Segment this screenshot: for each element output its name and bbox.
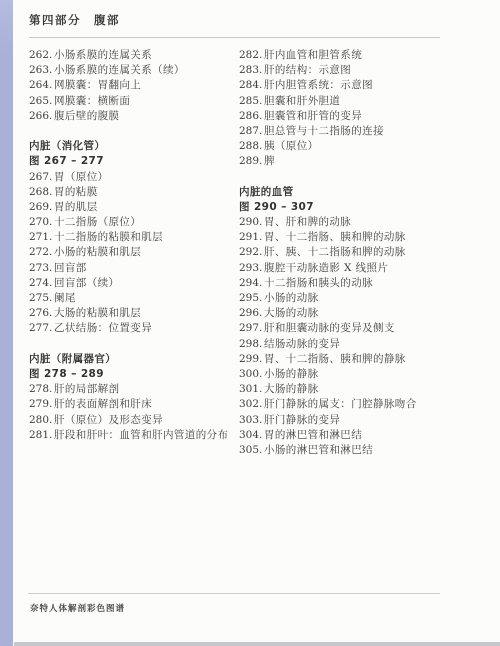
entry-number: 268. [29, 185, 54, 200]
entry-title: 腹腔干动脉造影 X 线照片 [264, 261, 388, 276]
toc-entry: 300.小肠的静脉 [239, 367, 489, 382]
entry-title: 腹后壁的腹膜 [54, 109, 119, 124]
blank-line [239, 170, 489, 185]
entry-number: 267. [29, 170, 54, 185]
entry-title: 网膜囊：胃翻向上 [54, 78, 141, 93]
toc-entry: 275.阑尾 [29, 291, 239, 306]
toc-entry: 297.肝和胆囊动脉的变异及侧支 [239, 321, 489, 336]
toc-entry: 302.肝门静脉的属支：门腔静脉吻合 [239, 397, 489, 412]
book-page: 第四部分 腹部 262.小肠系膜的连属关系263.小肠系膜的连属关系（续）264… [0, 0, 500, 646]
entry-title: 网膜囊：横断面 [54, 94, 130, 109]
entry-number: 304. [239, 428, 264, 443]
entry-title: 肝内胆管系统：示意图 [264, 78, 373, 93]
entry-title: 十二指肠和胰头的动脉 [264, 276, 373, 291]
entry-title: 小肠系膜的连属关系 [54, 48, 152, 63]
toc-entry: 283.肝的结构：示意图 [239, 63, 489, 78]
blank-line [29, 337, 239, 352]
toc-entry: 267.胃（原位） [29, 170, 239, 185]
entry-title: 肝门静脉的属支：门腔静脉吻合 [264, 397, 417, 412]
entry-title: 胰（原位） [264, 139, 319, 154]
entry-number: 285. [239, 94, 264, 109]
toc-entry: 288.胰（原位） [239, 139, 489, 154]
toc-entry: 282.肝内血管和胆管系统 [239, 48, 489, 63]
entry-number: 284. [239, 78, 264, 93]
entry-number: 289. [239, 154, 264, 169]
entry-title: 小肠的粘膜和肌层 [54, 245, 141, 260]
toc-entry: 262.小肠系膜的连属关系 [29, 48, 239, 63]
entry-number: 302. [239, 397, 264, 412]
entry-number: 277. [29, 321, 54, 336]
entry-number: 287. [239, 124, 264, 139]
entry-number: 301. [239, 382, 264, 397]
toc-entry: 298.结肠动脉的变异 [239, 337, 489, 352]
entry-number: 305. [239, 443, 264, 458]
toc-entry: 296.大肠的动脉 [239, 306, 489, 321]
entry-title: 结肠动脉的变异 [264, 337, 340, 352]
toc-entry: 265.网膜囊：横断面 [29, 94, 239, 109]
toc-entry: 271.十二指肠的粘膜和肌层 [29, 230, 239, 245]
entry-title: 胃的粘膜 [54, 185, 98, 200]
figure-range: 图 278 – 289 [29, 367, 239, 382]
toc-entry: 263.小肠系膜的连属关系（续） [29, 63, 239, 78]
entry-title: 肝内血管和胆管系统 [264, 48, 362, 63]
header-divider [29, 37, 440, 38]
entry-title: 肝和胆囊动脉的变异及侧支 [264, 321, 395, 336]
entry-number: 263. [29, 63, 54, 78]
entry-title: 乙状结肠：位置变异 [54, 321, 152, 336]
entry-number: 272. [29, 245, 54, 260]
entry-title: 胃、肝和脾的动脉 [264, 215, 351, 230]
toc-entry: 301.大肠的静脉 [239, 382, 489, 397]
toc-entry: 293.腹腔干动脉造影 X 线照片 [239, 261, 489, 276]
entry-title: 胃、十二指肠、胰和脾的静脉 [264, 352, 406, 367]
entry-number: 269. [29, 200, 54, 215]
toc-entry: 286.胆囊管和肝管的变异 [239, 109, 489, 124]
toc-entry: 294.十二指肠和胰头的动脉 [239, 276, 489, 291]
entry-number: 283. [239, 63, 264, 78]
toc-entry: 269.胃的肌层 [29, 200, 239, 215]
entry-number: 275. [29, 291, 54, 306]
section-subheading: 内脏的血管 [239, 185, 489, 200]
entry-title: 肝的局部解剖 [54, 382, 119, 397]
entry-title: 胃（原位） [54, 170, 109, 185]
blank-line [29, 124, 239, 139]
entry-number: 270. [29, 215, 54, 230]
entry-title: 小肠的动脉 [264, 291, 319, 306]
entry-title: 大肠的动脉 [264, 306, 319, 321]
running-footer: 奈特人体解剖彩色图谱 [30, 602, 125, 614]
toc-column-right: 282.肝内血管和胆管系统283.肝的结构：示意图284.肝内胆管系统：示意图2… [239, 48, 489, 458]
entry-title: 肝、胰、十二指肠和脾的动脉 [264, 245, 406, 260]
entry-title: 肝门静脉的变异 [264, 413, 340, 428]
toc-entry: 273.回盲部 [29, 261, 239, 276]
entry-number: 294. [239, 276, 264, 291]
toc-entry: 274.回盲部（续） [29, 276, 239, 291]
entry-title: 小肠系膜的连属关系（续） [54, 63, 185, 78]
entry-number: 290. [239, 215, 264, 230]
entry-title: 大肠的粘膜和肌层 [54, 306, 141, 321]
entry-number: 288. [239, 139, 264, 154]
entry-title: 肝段和肝叶：血管和肝内管道的分布 [54, 428, 228, 443]
entry-number: 273. [29, 261, 54, 276]
toc-entry: 303.肝门静脉的变异 [239, 413, 489, 428]
entry-title: 回盲部（续） [54, 276, 119, 291]
entry-number: 303. [239, 413, 264, 428]
toc-entry: 304.胃的淋巴管和淋巴结 [239, 428, 489, 443]
entry-number: 274. [29, 276, 54, 291]
footer-divider [28, 593, 440, 594]
toc-entry: 284.肝内胆管系统：示意图 [239, 78, 489, 93]
toc-entry: 285.胆囊和肝外胆道 [239, 94, 489, 109]
toc-entry: 295.小肠的动脉 [239, 291, 489, 306]
entry-title: 脾 [264, 154, 275, 169]
entry-title: 胃的淋巴管和淋巴结 [264, 428, 362, 443]
toc-entry: 270.十二指肠（原位） [29, 215, 239, 230]
entry-title: 胃、十二指肠、胰和脾的动脉 [264, 230, 406, 245]
page-bottom-edge [14, 642, 500, 646]
figure-range: 图 267 – 277 [29, 154, 239, 169]
entry-number: 264. [29, 78, 54, 93]
toc-entry: 299.胃、十二指肠、胰和脾的静脉 [239, 352, 489, 367]
entry-title: 十二指肠（原位） [54, 215, 141, 230]
entry-title: 胆囊和肝外胆道 [264, 94, 340, 109]
entry-number: 298. [239, 337, 264, 352]
entry-number: 291. [239, 230, 264, 245]
entry-title: 肝的结构：示意图 [264, 63, 351, 78]
toc-entry: 279.肝的表面解剖和肝床 [29, 397, 239, 412]
entry-number: 295. [239, 291, 264, 306]
entry-title: 回盲部 [54, 261, 87, 276]
toc-entry: 292.肝、胰、十二指肠和脾的动脉 [239, 245, 489, 260]
entry-title: 小肠的淋巴管和淋巴结 [264, 443, 373, 458]
entry-number: 262. [29, 48, 54, 63]
toc-entry: 290.胃、肝和脾的动脉 [239, 215, 489, 230]
toc-entry: 291.胃、十二指肠、胰和脾的动脉 [239, 230, 489, 245]
entry-title: 小肠的静脉 [264, 367, 319, 382]
entry-number: 281. [29, 428, 54, 443]
entry-title: 胃的肌层 [54, 200, 98, 215]
toc-entry: 289.脾 [239, 154, 489, 169]
entry-title: 肝（原位）及形态变异 [54, 413, 163, 428]
toc-column-left: 262.小肠系膜的连属关系263.小肠系膜的连属关系（续）264.网膜囊：胃翻向… [29, 48, 239, 443]
entry-number: 280. [29, 413, 54, 428]
entry-title: 十二指肠的粘膜和肌层 [54, 230, 163, 245]
toc-entry: 305.小肠的淋巴管和淋巴结 [239, 443, 489, 458]
entry-number: 300. [239, 367, 264, 382]
toc-entry: 268.胃的粘膜 [29, 185, 239, 200]
entry-number: 282. [239, 48, 264, 63]
entry-title: 胆总管与十二指肠的连接 [264, 124, 384, 139]
toc-entry: 277.乙状结肠：位置变异 [29, 321, 239, 336]
entry-title: 阑尾 [54, 291, 76, 306]
entry-number: 265. [29, 94, 54, 109]
entry-number: 297. [239, 321, 264, 336]
toc-entry: 278.肝的局部解剖 [29, 382, 239, 397]
left-accent-bar [0, 0, 13, 646]
toc-entry: 266.腹后壁的腹膜 [29, 109, 239, 124]
toc-entry: 287.胆总管与十二指肠的连接 [239, 124, 489, 139]
entry-number: 296. [239, 306, 264, 321]
figure-range: 图 290 – 307 [239, 200, 489, 215]
toc-entry: 276.大肠的粘膜和肌层 [29, 306, 239, 321]
entry-title: 胆囊管和肝管的变异 [264, 109, 362, 124]
entry-number: 271. [29, 230, 54, 245]
entry-number: 286. [239, 109, 264, 124]
toc-entry: 281.肝段和肝叶：血管和肝内管道的分布 [29, 428, 239, 443]
toc-entry: 264.网膜囊：胃翻向上 [29, 78, 239, 93]
toc-entry: 272.小肠的粘膜和肌层 [29, 245, 239, 260]
entry-number: 299. [239, 352, 264, 367]
entry-number: 293. [239, 261, 264, 276]
entry-number: 279. [29, 397, 54, 412]
entry-title: 大肠的静脉 [264, 382, 319, 397]
table-of-contents: 262.小肠系膜的连属关系263.小肠系膜的连属关系（续）264.网膜囊：胃翻向… [29, 48, 489, 458]
section-header: 第四部分 腹部 [29, 12, 120, 28]
entry-number: 266. [29, 109, 54, 124]
entry-title: 肝的表面解剖和肝床 [54, 397, 152, 412]
entry-number: 292. [239, 245, 264, 260]
entry-number: 278. [29, 382, 54, 397]
entry-number: 276. [29, 306, 54, 321]
section-subheading: 内脏（附属器官） [29, 352, 239, 367]
toc-entry: 280.肝（原位）及形态变异 [29, 413, 239, 428]
section-subheading: 内脏（消化管） [29, 139, 239, 154]
